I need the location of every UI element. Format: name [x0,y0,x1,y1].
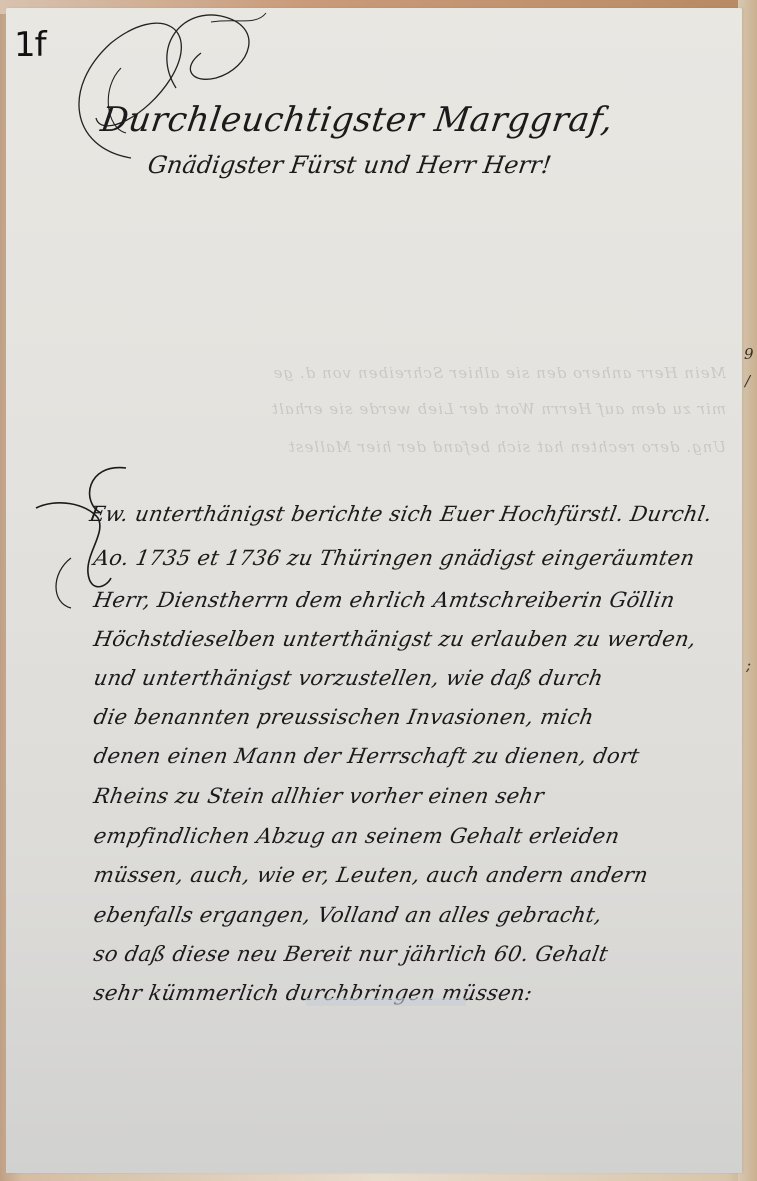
body-line-3: Herr, Dienstherrn dem ehrlich Amtschreib… [92,588,677,612]
body-line-5: und unterthänigst vorzustellen, wie daß … [92,666,605,690]
salutation-line-1: Durchleuchtigster Marggraf, [98,100,615,140]
body-line-7: denen einen Mann der Herrschaft zu diene… [92,744,642,768]
body-line-4: Höchstdieselben unterthänigst zu erlaube… [92,627,698,651]
bleed-through-line: Mein Herr anhero den sie alhier Schreibe… [26,364,726,382]
body-line-11: ebenfalls ergangen, Volland an alles geb… [92,903,604,927]
body-line-12: so daß diese neu Bereit nur jährlich 60.… [92,942,610,966]
body-line-2-text: Ao. 1735 et 1736 zu Thüringen gnädigst e… [92,546,697,570]
margin-note: 9 [744,345,754,363]
scan-artifact-patch [306,998,466,1006]
margin-note: ; [746,656,751,674]
margin-note: / [745,372,750,390]
page-label: 1f [14,28,46,62]
body-line-9: empfindlichen Abzug an seinem Gehalt erl… [92,824,622,848]
bleed-through-line: mir zu dem auf Herrn Wort der Lieb werde… [26,400,726,418]
bleed-through-line: Ung. dero rechten hat sich befand der hi… [26,438,726,456]
manuscript-page: Mein Herr anhero den sie alhier Schreibe… [6,8,742,1173]
body-line-6: die benannten preussischen Invasionen, m… [92,705,596,729]
body-line-1: Ew. unterthänigst berichte sich Euer Hoc… [88,502,714,526]
body-line-8: Rheins zu Stein allhier vorher einen seh… [92,784,546,808]
body-line-10: müssen, auch, wie er, Leuten, auch ander… [92,863,650,887]
initial-d-flourish-icon [51,8,291,168]
body-line-2: Ao. 1735 et 1736 zu Thüringen gnädigst e… [92,546,697,570]
salutation-line-2: Gnädigster Fürst und Herr Herr! [146,151,553,179]
